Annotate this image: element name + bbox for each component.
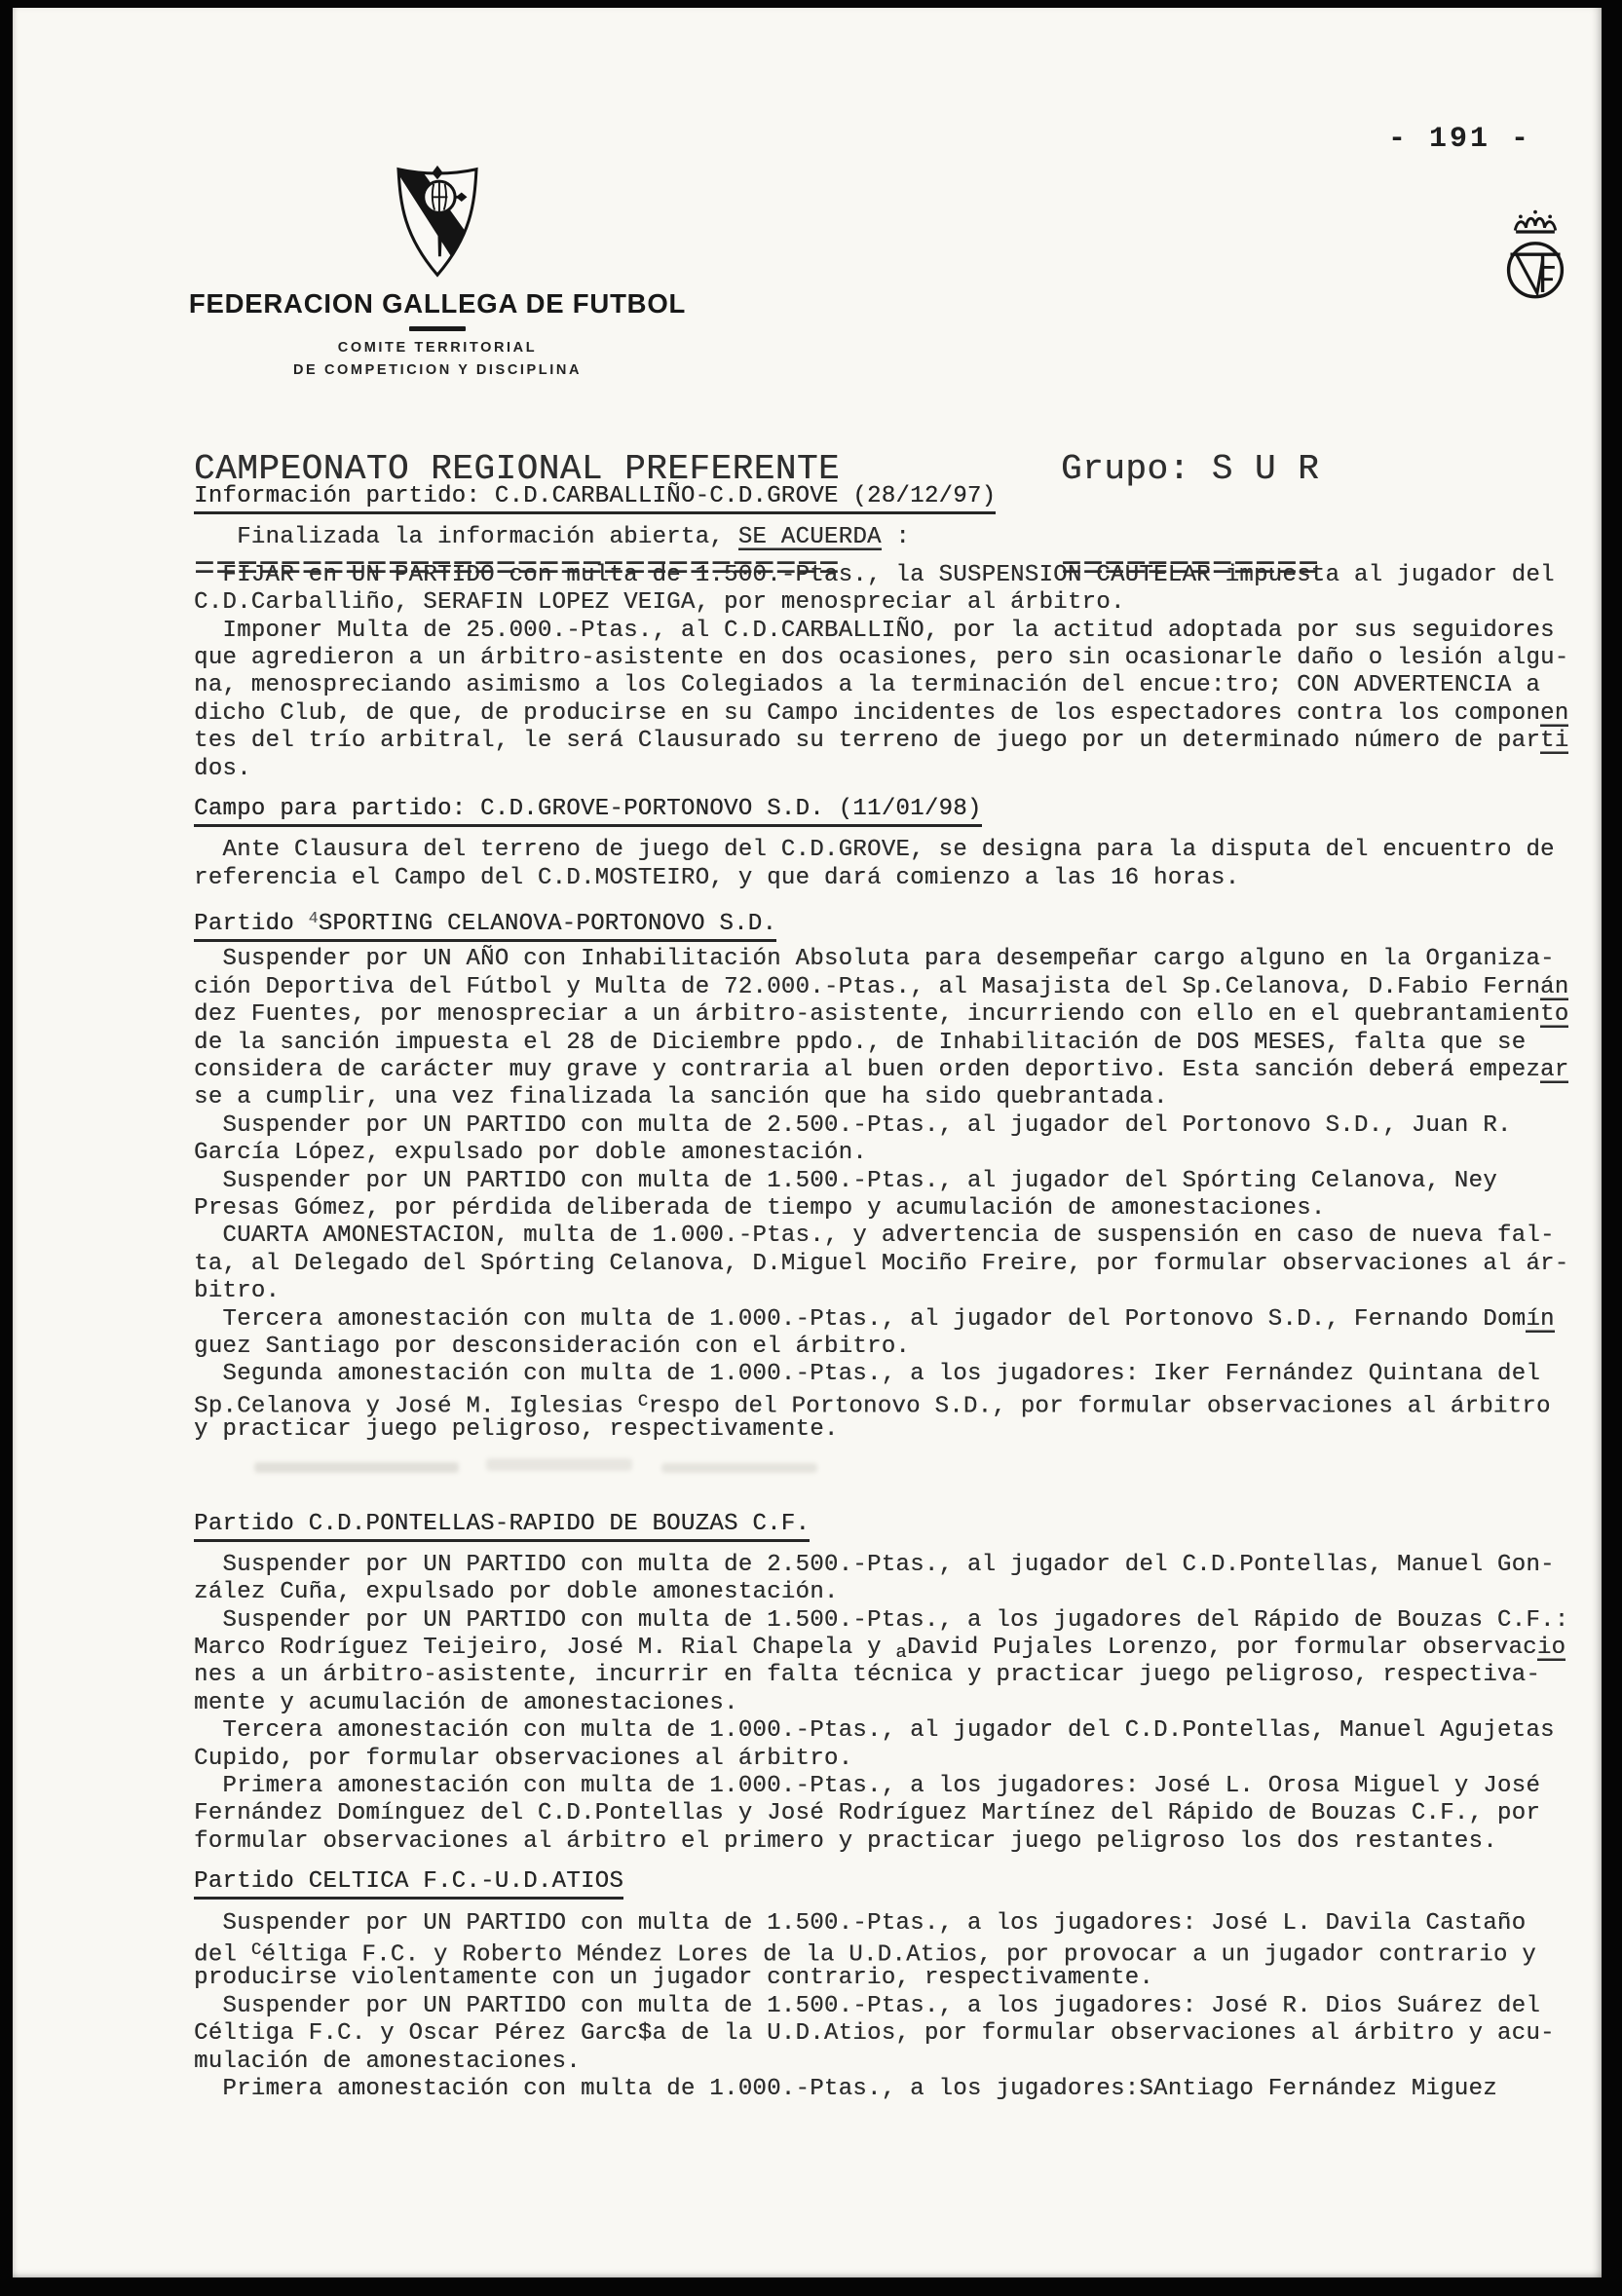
paragraph: Segunda amonestación con multa de 1.000.…	[194, 1361, 1608, 1444]
text-segment: Ante Clausura del terreno de juego del C…	[194, 837, 1555, 863]
text-line: que agredieron a un árbitro-asistente en…	[194, 645, 1608, 672]
text-line: na, menospreciando asimismo a los Colegi…	[194, 672, 1608, 699]
heading-text: Campo para partido: C.D.GROVE-PORTONOVO …	[194, 796, 982, 827]
text-line: considera de carácter muy grave y contra…	[194, 1057, 1608, 1084]
text-line: Finalizada la información abierta, SE AC…	[194, 524, 1608, 551]
heading-text: Partido CELTICA F.C.-U.D.ATIOS	[194, 1868, 623, 1900]
text-line: Información partido: C.D.CARBALLIÑO-C.D.…	[194, 483, 1608, 510]
text-line: Campo para partido: C.D.GROVE-PORTONOVO …	[194, 796, 1608, 823]
text-line: y practicar juego peligroso, respectivam…	[194, 1416, 1608, 1444]
text-segment: Imponer Multa de 25.000.-Ptas., al C.D.C…	[194, 618, 1555, 644]
text-segment: ar	[1540, 1057, 1568, 1083]
text-segment: García López, expulsado por doble amones…	[194, 1140, 867, 1166]
paragraph: Primera amonestación con multa de 1.000.…	[194, 1773, 1608, 1856]
text-segment: guez Santiago por desconsideración con e…	[194, 1334, 910, 1360]
text-line: referencia el Campo del C.D.MOSTEIRO, y …	[194, 865, 1608, 892]
text-segment: na, menospreciando asimismo a los Colegi…	[194, 672, 1540, 698]
paragraph: Suspender por UN PARTIDO con multa de 1.…	[194, 1168, 1608, 1223]
paragraph: Suspender por UN PARTIDO con multa de 2.…	[194, 1112, 1608, 1168]
text-segment: tes del trío arbitral, le será Clausurad…	[194, 728, 1540, 754]
text-line: Suspender por UN PARTIDO con multa de 1.…	[194, 1910, 1608, 1938]
text-segment: ín	[1526, 1306, 1554, 1333]
text-line: Suspender por UN PARTIDO con multa de 2.…	[194, 1552, 1608, 1579]
smudge-mark	[486, 1458, 632, 1471]
text-segment: zález Cuña, expulsado por doble amonesta…	[194, 1579, 839, 1605]
text-line: Marco Rodríguez Teijeiro, José M. Rial C…	[194, 1635, 1608, 1662]
text-line: se a cumplir, una vez finalizada la sanc…	[194, 1084, 1608, 1111]
text-segment: io	[1537, 1635, 1565, 1661]
text-line: Suspender por UN PARTIDO con multa de 1.…	[194, 1168, 1608, 1195]
text-segment: Suspender por UN PARTIDO con multa de 1.…	[194, 1910, 1526, 1937]
paragraph: Tercera amonestación con multa de 1.000.…	[194, 1717, 1608, 1773]
text-line: formular observaciones al árbitro el pri…	[194, 1828, 1608, 1856]
text-segment: Primera amonestación con multa de 1.000.…	[194, 2076, 1497, 2102]
text-line: C.D.Carballiño, SERAFIN LOPEZ VEIGA, por…	[194, 589, 1608, 617]
text-segment: FIJAR en UN PARTIDO con multa de 1.500.-…	[194, 562, 1555, 588]
text-line: mente y acumulación de amonestaciones.	[194, 1690, 1608, 1717]
text-segment: mente y acumulación de amonestaciones.	[194, 1690, 738, 1716]
text-segment: Tercera amonestación con multa de 1.000.…	[194, 1717, 1555, 1744]
text-segment: se a cumplir, una vez finalizada la sanc…	[194, 1084, 1168, 1110]
text-line: Fernández Domínguez del C.D.Pontellas y …	[194, 1800, 1608, 1827]
text-line: Suspender por UN PARTIDO con multa de 2.…	[194, 1112, 1608, 1140]
federation-letterhead: FEDERACION GALLEGA DE FUTBOL COMITE TERR…	[180, 164, 695, 378]
text-segment: nes a un árbitro-asistente, incurrir en …	[194, 1662, 1540, 1688]
text-segment: 4	[309, 909, 319, 927]
section-heading: Partido C.D.PONTELLAS-RAPIDO DE BOUZAS C…	[194, 1511, 1608, 1538]
text-line: FIJAR en UN PARTIDO con multa de 1.500.-…	[194, 562, 1608, 589]
text-segment: Información partido: C.D.CARBALLIÑO-C.D.…	[194, 483, 996, 509]
paragraph: CUARTA AMONESTACION, multa de 1.000.-Pta…	[194, 1223, 1608, 1305]
text-line: Partido 4SPORTING CELANOVA-PORTONOVO S.D…	[194, 905, 1608, 932]
paragraph: Tercera amonestación con multa de 1.000.…	[194, 1306, 1608, 1362]
text-segment: a	[895, 1641, 907, 1663]
text-segment: C	[251, 1941, 262, 1960]
text-line: de la sanción impuesta el 28 de Diciembr…	[194, 1030, 1608, 1057]
document-body: Información partido: C.D.CARBALLIÑO-C.D.…	[194, 470, 1608, 2103]
text-segment: y practicar juego peligroso, respectivam…	[194, 1416, 839, 1443]
text-line: García López, expulsado por doble amones…	[194, 1140, 1608, 1167]
text-segment: mulación de amonestaciones.	[194, 2049, 581, 2075]
heading-text: Partido C.D.PONTELLAS-RAPIDO DE BOUZAS C…	[194, 1511, 810, 1542]
text-segment: en	[1540, 700, 1568, 727]
text-segment: CUARTA AMONESTACION, multa de 1.000.-Pta…	[194, 1223, 1555, 1249]
scan-background: { "page_number": "- 191 -", "colors": { …	[0, 0, 1622, 2296]
text-segment: Suspender por UN PARTIDO con multa de 2.…	[194, 1552, 1555, 1578]
text-line: dos.	[194, 756, 1608, 783]
text-segment: to	[1540, 1001, 1568, 1028]
heading-text: Partido 4SPORTING CELANOVA-PORTONOVO S.D…	[194, 911, 776, 942]
text-segment: Campo para partido: C.D.GROVE-PORTONOVO …	[194, 796, 982, 822]
text-line: Suspender por UN AÑO con Inhabilitación …	[194, 946, 1608, 973]
text-line: mulación de amonestaciones.	[194, 2049, 1608, 2076]
text-line: Suspender por UN PARTIDO con multa de 1.…	[194, 1607, 1608, 1635]
text-segment: Presas Gómez, por pérdida deliberada de …	[194, 1195, 1325, 1222]
text-segment: Fernández Domínguez del C.D.Pontellas y …	[194, 1800, 1540, 1826]
text-segment: Suspender por UN PARTIDO con multa de 1.…	[194, 1607, 1568, 1634]
text-segment: :	[882, 524, 910, 550]
text-line: Presas Gómez, por pérdida deliberada de …	[194, 1195, 1608, 1223]
text-line: Suspender por UN PARTIDO con multa de 1.…	[194, 1993, 1608, 2020]
text-segment: SE ACUERDA	[738, 524, 882, 550]
page-number: - 191 -	[1388, 123, 1531, 156]
text-line: CUARTA AMONESTACION, multa de 1.000.-Pta…	[194, 1223, 1608, 1250]
committee-line-2: DE COMPETICION Y DISCIPLINA	[180, 362, 695, 378]
text-segment: referencia el Campo del C.D.MOSTEIRO, y …	[194, 865, 1239, 891]
text-line: Cupido, por formular observaciones al ár…	[194, 1746, 1608, 1773]
text-line: Primera amonestación con multa de 1.000.…	[194, 1773, 1608, 1800]
text-segment: Suspender por UN PARTIDO con multa de 2.…	[194, 1112, 1512, 1139]
text-segment: ción Deportiva del Fútbol y Multa de 72.…	[194, 974, 1540, 1000]
text-line: producirse violentamente con un jugador …	[194, 1965, 1608, 1992]
text-segment: dicho Club, de que, de producirse en su …	[194, 700, 1540, 727]
section-heading: Partido 4SPORTING CELANOVA-PORTONOVO S.D…	[194, 905, 1608, 932]
text-segment: Partido CELTICA F.C.-U.D.ATIOS	[194, 1868, 623, 1895]
text-line: ta, al Delegado del Spórting Celanova, D…	[194, 1251, 1608, 1278]
section-heading: Campo para partido: C.D.GROVE-PORTONOVO …	[194, 796, 1608, 823]
text-segment: bitro.	[194, 1278, 280, 1304]
organization-name: FEDERACION GALLEGA DE FUTBOL	[180, 288, 695, 320]
paragraph: Finalizada la información abierta, SE AC…	[194, 524, 1608, 551]
text-line: Ante Clausura del terreno de juego del C…	[194, 837, 1608, 864]
text-line: dicho Club, de que, de producirse en su …	[194, 700, 1608, 728]
letterhead-rule	[409, 326, 466, 331]
text-segment: C	[638, 1393, 649, 1411]
paragraph: Ante Clausura del terreno de juego del C…	[194, 837, 1608, 892]
text-line: Segunda amonestación con multa de 1.000.…	[194, 1361, 1608, 1388]
heading-text: Información partido: C.D.CARBALLIÑO-C.D.…	[194, 483, 996, 514]
text-segment: C.D.Carballiño, SERAFIN LOPEZ VEIGA, por…	[194, 589, 1125, 616]
text-line: ción Deportiva del Fútbol y Multa de 72.…	[194, 974, 1608, 1001]
text-segment: Suspender por UN AÑO con Inhabilitación …	[194, 946, 1555, 972]
text-segment: Céltiga F.C. y Oscar Pérez Garc$a de la …	[194, 2020, 1555, 2047]
smudge-mark	[661, 1463, 817, 1473]
text-line: tes del trío arbitral, le será Clausurad…	[194, 728, 1608, 755]
text-segment: dez Fuentes, por menospreciar a un árbit…	[194, 1001, 1540, 1028]
text-line: Partido C.D.PONTELLAS-RAPIDO DE BOUZAS C…	[194, 1511, 1608, 1538]
erased-text-smudge	[194, 1445, 1608, 1484]
text-segment: Primera amonestación con multa de 1.000.…	[194, 1773, 1540, 1799]
text-segment: Segunda amonestación con multa de 1.000.…	[194, 1361, 1540, 1387]
section-heading: Información partido: C.D.CARBALLIÑO-C.D.…	[194, 483, 1608, 510]
text-segment: de la sanción impuesta el 28 de Diciembr…	[194, 1030, 1526, 1056]
text-line: dez Fuentes, por menospreciar a un árbit…	[194, 1001, 1608, 1029]
text-line: zález Cuña, expulsado por doble amonesta…	[194, 1579, 1608, 1606]
paragraph: Suspender por UN PARTIDO con multa de 1.…	[194, 1607, 1608, 1718]
text-line: guez Santiago por desconsideración con e…	[194, 1334, 1608, 1361]
text-segment: ti	[1540, 728, 1568, 754]
text-segment: considera de carácter muy grave y contra…	[194, 1057, 1540, 1083]
text-segment: Finalizada la información abierta,	[194, 524, 738, 550]
text-segment: dos.	[194, 756, 251, 782]
text-line: Imponer Multa de 25.000.-Ptas., al C.D.C…	[194, 618, 1608, 645]
text-segment: Suspender por UN PARTIDO con multa de 1.…	[194, 1168, 1497, 1194]
text-line: nes a un árbitro-asistente, incurrir en …	[194, 1662, 1608, 1689]
text-line: del Céltiga F.C. y Roberto Méndez Lores …	[194, 1938, 1608, 1965]
text-segment: que agredieron a un árbitro-asistente en…	[194, 645, 1568, 671]
text-segment: SPORTING CELANOVA-PORTONOVO S.D.	[319, 911, 776, 937]
text-segment: Cupido, por formular observaciones al ár…	[194, 1746, 852, 1772]
section-heading: Partido CELTICA F.C.-U.D.ATIOS	[194, 1868, 1608, 1896]
text-line: Céltiga F.C. y Oscar Pérez Garc$a de la …	[194, 2020, 1608, 2048]
text-line: Sp.Celanova y José M. Iglesias Crespo de…	[194, 1389, 1608, 1416]
text-line: Partido CELTICA F.C.-U.D.ATIOS	[194, 1868, 1608, 1896]
text-segment: Tercera amonestación con multa de 1.000.…	[194, 1306, 1526, 1333]
paragraph: Suspender por UN PARTIDO con multa de 2.…	[194, 1552, 1608, 1607]
text-line: bitro.	[194, 1278, 1608, 1305]
crowned-monogram-icon	[1497, 207, 1573, 313]
document-page: - 191 - FEDERACION GALLEGA DE FUTBOL COM…	[13, 8, 1602, 2277]
committee-line-1: COMITE TERRITORIAL	[180, 340, 695, 356]
paragraph: Imponer Multa de 25.000.-Ptas., al C.D.C…	[194, 618, 1608, 783]
text-line: Tercera amonestación con multa de 1.000.…	[194, 1306, 1608, 1334]
text-segment: David Pujales Lorenzo, por formular obse…	[907, 1635, 1537, 1661]
text-segment: ta, al Delegado del Spórting Celanova, D…	[194, 1251, 1568, 1277]
paragraph: Suspender por UN AÑO con Inhabilitación …	[194, 946, 1608, 1111]
text-segment: Partido	[194, 911, 309, 937]
text-segment: án	[1540, 974, 1568, 1000]
text-segment: Marco Rodríguez Teijeiro, José M. Rial C…	[194, 1635, 895, 1661]
smudge-mark	[254, 1462, 459, 1473]
text-segment: Partido C.D.PONTELLAS-RAPIDO DE BOUZAS C…	[194, 1511, 810, 1537]
text-segment: producirse violentamente con un jugador …	[194, 1965, 1153, 1991]
text-line: Tercera amonestación con multa de 1.000.…	[194, 1717, 1608, 1745]
text-segment: formular observaciones al árbitro el pri…	[194, 1828, 1497, 1855]
paragraph: Suspender por UN PARTIDO con multa de 1.…	[194, 1910, 1608, 1993]
text-line: Primera amonestación con multa de 1.000.…	[194, 2076, 1608, 2103]
text-segment: Suspender por UN PARTIDO con multa de 1.…	[194, 1993, 1540, 2019]
paragraph: Primera amonestación con multa de 1.000.…	[194, 2076, 1608, 2103]
paragraph: FIJAR en UN PARTIDO con multa de 1.500.-…	[194, 562, 1608, 618]
federation-shield-icon	[180, 164, 695, 281]
paragraph: Suspender por UN PARTIDO con multa de 1.…	[194, 1993, 1608, 2076]
